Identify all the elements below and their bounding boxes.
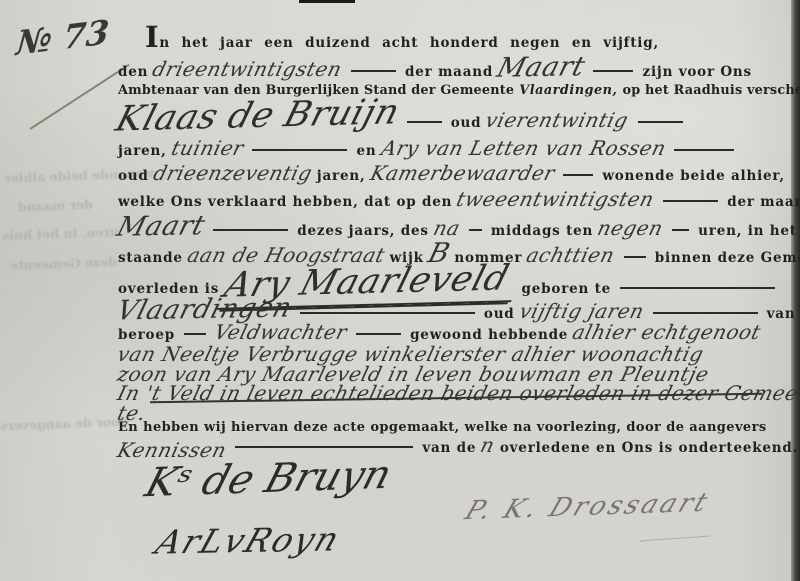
page-scan: { "act": { "number": "№ 73", "l01": {"fu… <box>0 0 800 581</box>
line-declarant1-occupation: jaren, tuinier en Ary van Letten van Ros… <box>118 136 794 160</box>
printed-segment: jaren, <box>317 168 366 184</box>
printed-segment: van de <box>422 440 476 456</box>
filler-rule <box>620 287 775 289</box>
signature-official: P. K. Drossaart <box>461 488 714 526</box>
filler-rule <box>638 121 683 123</box>
printed-segment: jaren, <box>118 143 167 159</box>
filler-rule <box>672 229 689 231</box>
bleedthrough-text: uren, in het huis <box>2 224 119 243</box>
printed-segment: middags ten <box>491 223 593 239</box>
handwritten-segment: Klaas de Bruijn <box>111 92 404 139</box>
filler-rule <box>235 446 413 448</box>
bleedthrough-text: deze Gemeente <box>10 254 117 273</box>
printed-segment: dezes jaars, des <box>297 223 429 239</box>
handwritten-segment: tweeentwintigsten <box>454 187 657 211</box>
handwritten-segment: Ary van Letten van Rossen <box>379 136 669 160</box>
filler-rule <box>593 70 633 72</box>
printed-segment: uren, in het huis, <box>698 223 800 239</box>
filler-rule <box>563 174 593 176</box>
filler-rule <box>653 312 758 314</box>
filler-rule <box>407 121 442 123</box>
printed-segment: oud <box>451 115 482 131</box>
act-number-slash <box>30 64 130 130</box>
line-occupation-residence: beroep Veldwachter gewoond hebbende alhi… <box>118 320 794 344</box>
line-declaration-day: welke Ons verklaard hebben, dat op den t… <box>118 187 794 211</box>
printed-segment: In het jaar een duizend acht honderd neg… <box>145 35 659 51</box>
printed-segment: oud <box>118 168 149 184</box>
filler-rule <box>624 256 646 258</box>
printed-segment: overledene en Ons is onderteekend. <box>500 440 798 456</box>
printed-segment: der maand <box>405 64 493 80</box>
bleedthrough-text: door de aangevers <box>0 414 128 433</box>
handwritten-segment: na <box>431 216 463 240</box>
printed-segment: der maand <box>727 194 800 210</box>
filler-rule <box>351 70 396 72</box>
filler-rule <box>184 333 206 335</box>
printed-segment: zijn voor Ons <box>643 64 752 80</box>
act-number: № 73 <box>15 12 111 63</box>
top-edge-mark <box>299 0 355 3</box>
signature-declarant-2: ArLvRoyn <box>151 519 346 561</box>
handwritten-segment: Kamerbewaarder <box>368 161 558 185</box>
filler-rule <box>213 229 288 231</box>
printed-segment: welke Ons verklaard hebben, dat op den <box>118 194 452 210</box>
signature-declarant-1: Kˢ de Bruyn <box>140 452 397 506</box>
line-relationship-signed: Kennissen van de n overledene en Ons is … <box>118 433 794 457</box>
filler-rule <box>252 149 347 151</box>
printed-segment: beroep <box>118 327 175 343</box>
handwritten-segment: tuinier <box>169 136 246 160</box>
printed-segment: gewoond hebbende <box>410 327 568 343</box>
handwritten-segment: drieentwintigsten <box>150 57 344 81</box>
filler-rule <box>469 229 482 231</box>
signature-flourish <box>640 526 711 542</box>
printed-segment: wonende beide alhier, <box>602 168 785 184</box>
handwritten-segment: vierentwintig <box>483 108 631 132</box>
line-declarant2-details: oud drieenzeventig jaren, Kamerbewaarder… <box>118 161 794 185</box>
filler-rule <box>356 333 401 335</box>
handwritten-segment: drieenzeventig <box>151 161 315 185</box>
bleedthrough-text: der maand <box>18 197 93 215</box>
printed-segment: en <box>356 143 376 159</box>
handwritten-segment: n <box>478 433 497 457</box>
line-declarant1-name: Klaas de Bruijn oud vierentwintig <box>118 96 794 136</box>
printed-segment: den <box>118 64 148 80</box>
filler-rule <box>663 200 718 202</box>
handwritten-segment: alhier echtgenoot <box>570 320 763 344</box>
filler-rule <box>300 312 475 314</box>
line-year: In het jaar een duizend acht honderd neg… <box>145 20 800 54</box>
handwritten-segment: Veldwachter <box>212 320 350 344</box>
filler-rule <box>674 149 734 151</box>
handwritten-segment: negen <box>595 216 666 240</box>
